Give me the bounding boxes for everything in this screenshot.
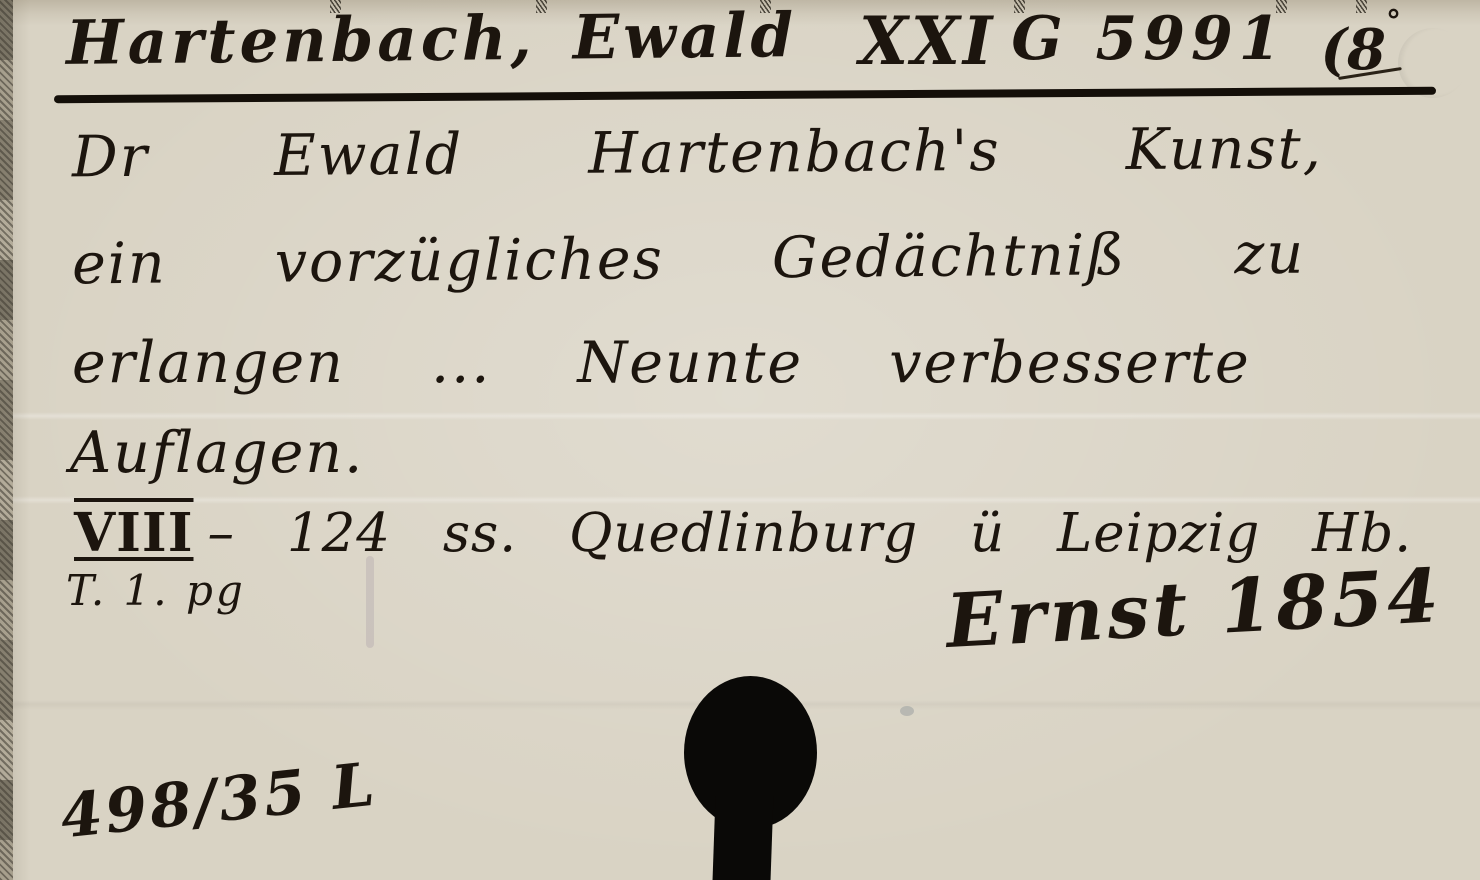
card-header: Hartenbach, Ewald XXI G 5991 (8° [66, 4, 1444, 83]
title-line-1: Dr Ewald Hartenbach's Kunst, [72, 116, 1323, 191]
ink-smudge [366, 556, 374, 648]
shelf-mark: G 5991 [1011, 4, 1286, 74]
collation-line: VIII– 124 ss. Quedlinburg ü Leipzig Hb. [74, 502, 1412, 564]
collation-roman-numeral: VIII [74, 502, 194, 564]
class-mark: XXI [859, 2, 995, 80]
cataloguer-note: T. 1. pg [66, 566, 246, 615]
card-left-edge-shadow [0, 0, 13, 880]
author-heading: Hartenbach, Ewald [66, 0, 798, 79]
title-line-2: ein vorzügliches Gedächtniß zu [72, 221, 1306, 298]
paper-speck [900, 706, 914, 716]
title-line-4: Auflagen. [70, 420, 364, 486]
collation-text: – 124 ss. Quedlinburg ü Leipzig Hb. [208, 503, 1413, 564]
format-degree-sign: ° [1386, 4, 1401, 39]
title-line-3: erlangen ... Neunte verbesserte [72, 330, 1251, 396]
rod-hole-slot [713, 796, 774, 880]
